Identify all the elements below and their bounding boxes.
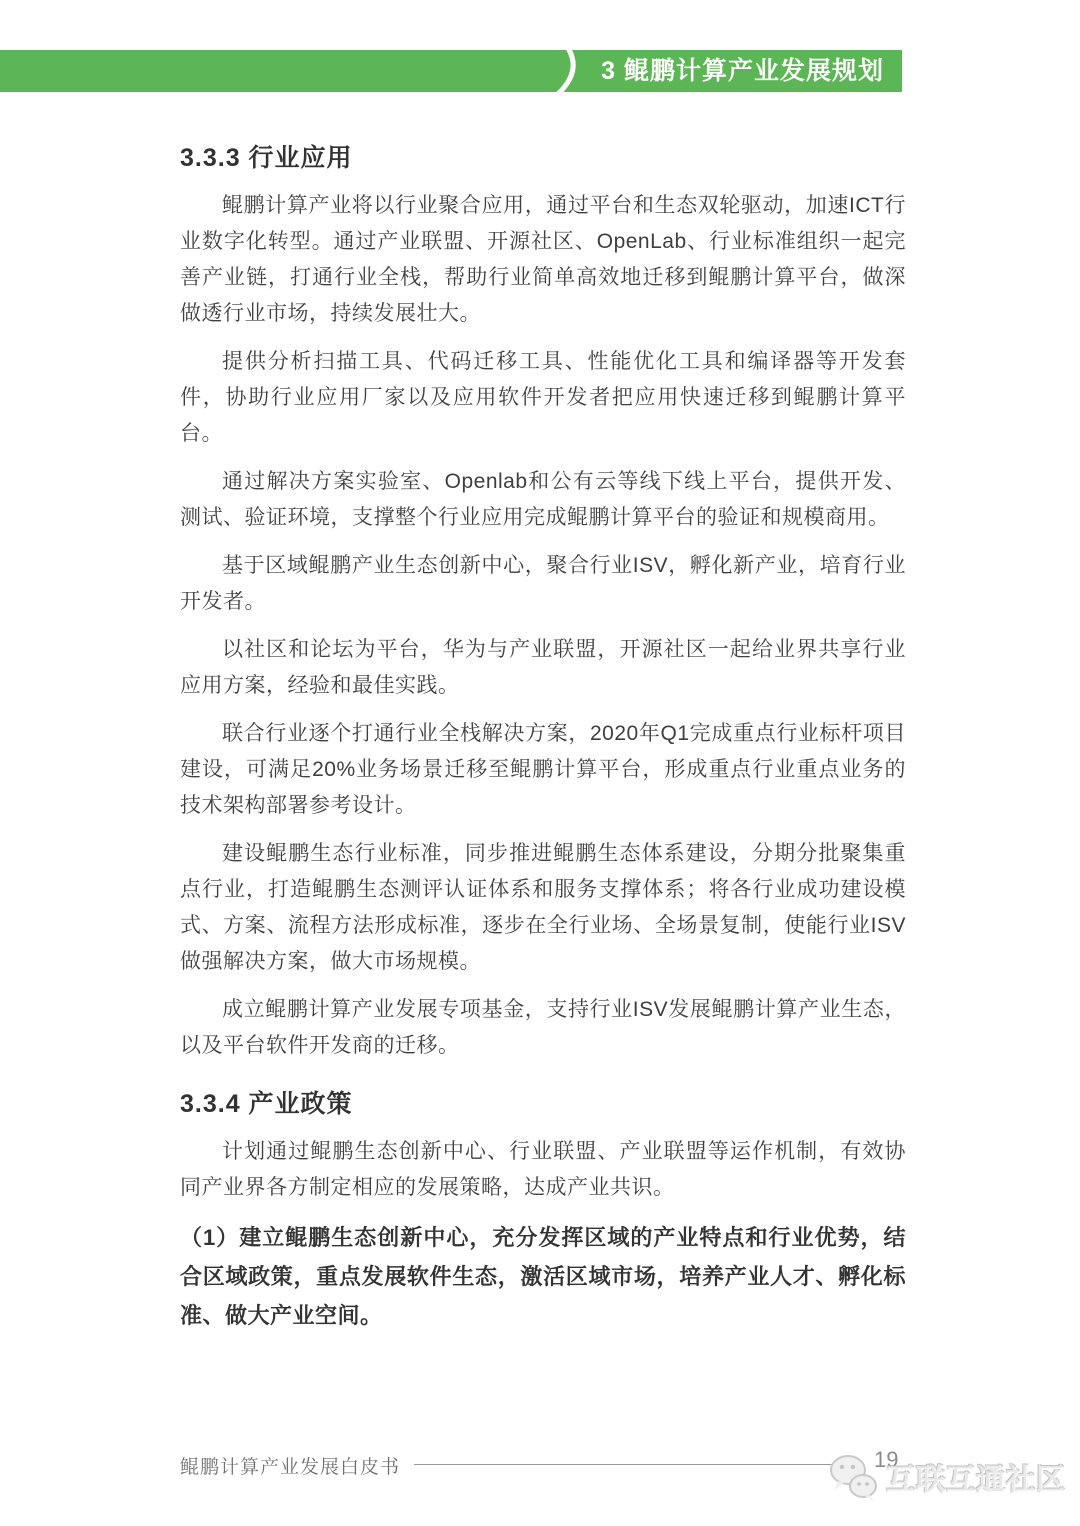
chapter-title: 3 鲲鹏计算产业发展规划 (601, 50, 884, 92)
emphasis-paragraph: （1）建立鲲鹏生态创新中心，充分发挥区域的产业特点和行业优势，结合区域政策，重点… (180, 1218, 906, 1335)
body-paragraph: 提供分析扫描工具、代码迁移工具、性能优化工具和编译器等开发套件，协助行业应用厂家… (180, 344, 906, 452)
body-paragraph: 以社区和论坛为平台，华为与产业联盟，开源社区一起给业界共享行业应用方案，经验和最… (180, 632, 906, 704)
page-number: 19 (874, 1447, 898, 1473)
body-paragraph: 联合行业逐个打通行业全栈解决方案，2020年Q1完成重点行业标杆项目建设，可满足… (180, 716, 906, 824)
body-paragraph: 鲲鹏计算产业将以行业聚合应用，通过平台和生态双轮驱动，加速ICT行业数字化转型。… (180, 188, 906, 332)
chat-bubbles-icon (828, 1448, 880, 1506)
section-heading-3-3-3: 3.3.3 行业应用 (180, 138, 906, 174)
body-paragraph: 通过解决方案实验室、Openlab和公有云等线下线上平台，提供开发、测试、验证环… (180, 464, 906, 536)
watermark-logo: 互联互通社区 (828, 1448, 1066, 1506)
section-heading-3-3-4: 3.3.4 产业政策 (180, 1084, 906, 1120)
body-paragraph: 成立鲲鹏计算产业发展专项基金，支持行业ISV发展鲲鹏计算产业生态，以及平台软件开… (180, 992, 906, 1064)
chapter-header-bar: 3 鲲鹏计算产业发展规划 (0, 50, 902, 92)
body-paragraph: 建设鲲鹏生态行业标准，同步推进鲲鹏生态体系建设，分期分批聚集重点行业，打造鲲鹏生… (180, 836, 906, 980)
body-paragraph: 计划通过鲲鹏生态创新中心、行业联盟、产业联盟等运作机制，有效协同产业界各方制定相… (180, 1134, 906, 1206)
watermark-text: 互联互通社区 (886, 1457, 1066, 1498)
document-content: 3.3.3 行业应用 鲲鹏计算产业将以行业聚合应用，通过平台和生态双轮驱动，加速… (180, 138, 906, 1335)
footer-book-title: 鲲鹏计算产业发展白皮书 (180, 1452, 400, 1479)
curved-divider-icon (552, 50, 592, 92)
document-page: 3 鲲鹏计算产业发展规划 3.3.3 行业应用 鲲鹏计算产业将以行业聚合应用，通… (0, 0, 1080, 1526)
body-paragraph: 基于区域鲲鹏产业生态创新中心，聚合行业ISV，孵化新产业，培育行业开发者。 (180, 548, 906, 620)
footer-divider-line (414, 1464, 838, 1465)
